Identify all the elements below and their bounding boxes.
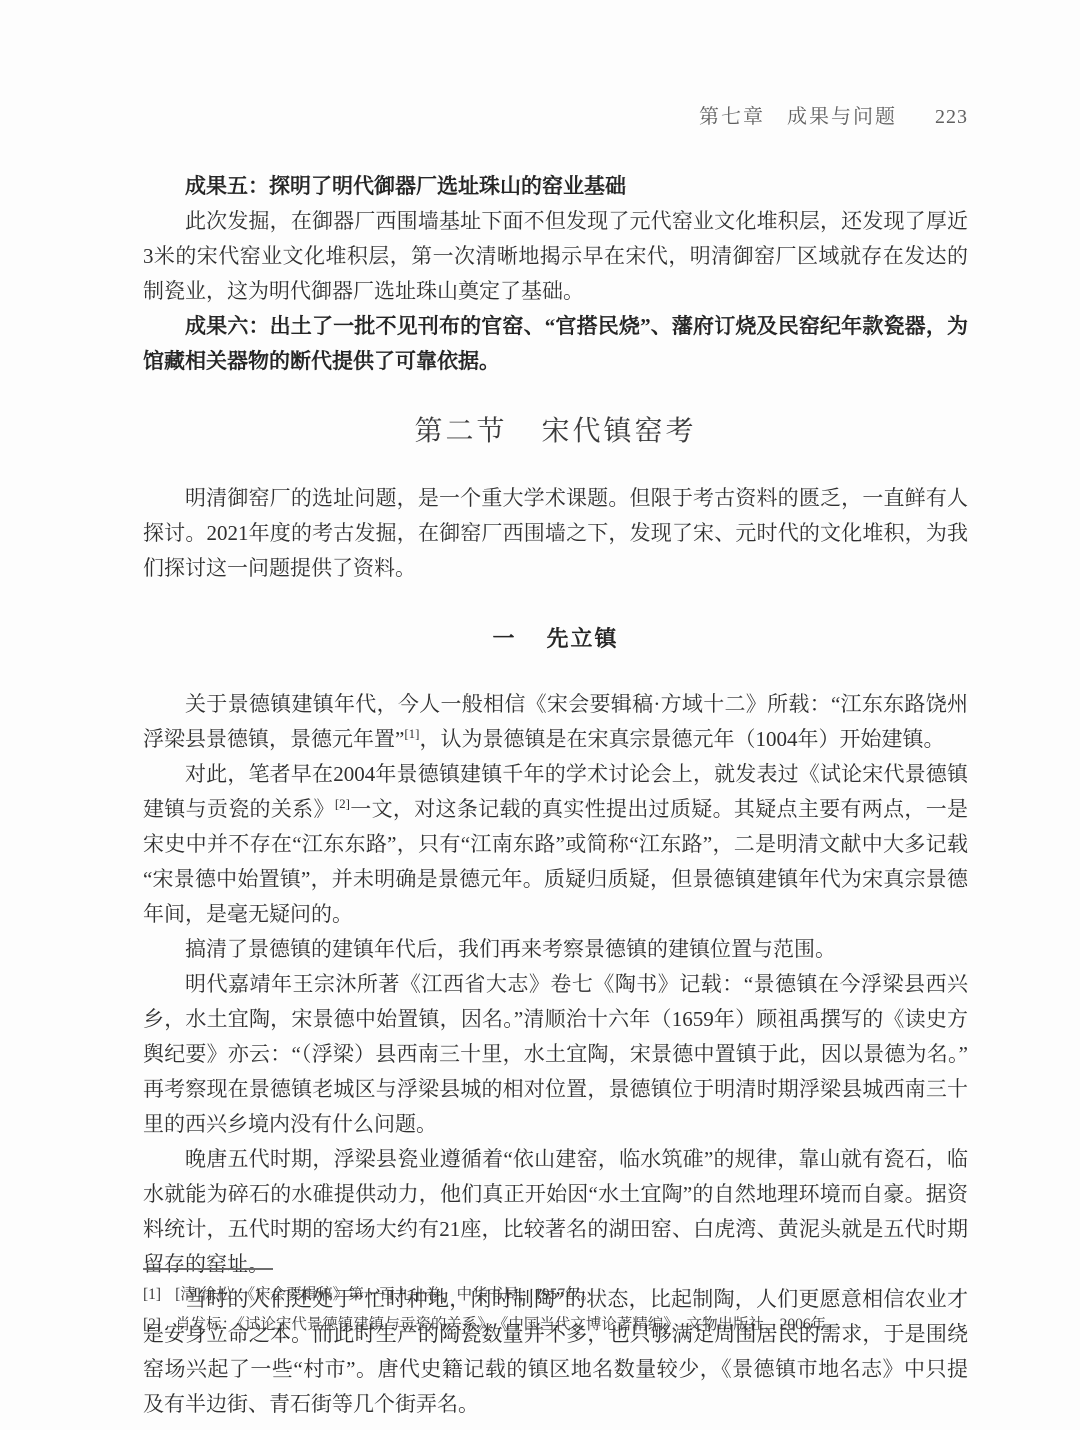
subsection-name: 先立镇 [547, 622, 619, 653]
section-number: 第二节 [414, 409, 507, 449]
footnote-2-text: 肖发标：《试论宋代景德镇建镇与贡瓷的关系》，《中国当代文博论著精编》，文物出版社… [175, 1310, 968, 1340]
footnote-ref-2: [2] [335, 796, 350, 811]
running-header: 第七章 成果与问题 223 [143, 100, 968, 129]
result5-paragraph: 此次发掘，在御器厂西围墙基址下面不但发现了元代窑业文化堆积层，还发现了厚近3米的… [143, 204, 968, 309]
footnote-1-marker: [1] [143, 1280, 161, 1310]
footnote-2: [2] 肖发标：《试论宋代景德镇建镇与贡瓷的关系》，《中国当代文博论著精编》，文… [143, 1310, 968, 1340]
footnote-2-marker: [2] [143, 1310, 161, 1340]
subsection-number: 一 [492, 622, 516, 653]
five-dynasties-paragraph: 晚唐五代时期，浮梁县瓷业遵循着“依山建窑，临水筑碓”的规律，靠山就有瓷石，临水就… [143, 1142, 968, 1282]
founding-paragraph: 关于景德镇建镇年代，今人一般相信《宋会要辑稿·方域十二》所载：“江东东路饶州浮梁… [143, 687, 968, 757]
result5-heading: 成果五：探明了明代御器厂选址珠山的窑业基础 [143, 169, 968, 204]
footnote-1-text: [清]徐松：《宋会要辑稿》第一百九十卷，中华书局，1957年。 [175, 1280, 968, 1310]
footnote-1: [1] [清]徐松：《宋会要辑稿》第一百九十卷，中华书局，1957年。 [143, 1280, 968, 1310]
footnote-block: [1] [清]徐松：《宋会要辑稿》第一百九十卷，中华书局，1957年。 [2] … [143, 1268, 968, 1340]
doubt-paragraph: 对此，笔者早在2004年景德镇建镇千年的学术讨论会上，就发表过《试论宋代景德镇建… [143, 757, 968, 932]
chapter-title: 第七章 成果与问题 [699, 100, 897, 129]
footnote-divider [143, 1268, 273, 1270]
page-number: 223 [935, 106, 968, 129]
subsection-title: 一 先立镇 [143, 622, 968, 653]
result6-heading: 成果六：出土了一批不见刊布的官窑、“官搭民烧”、藩府订烧及民窑纪年款瓷器，为馆藏… [143, 309, 968, 379]
footnote-ref-1: [1] [404, 726, 419, 741]
book-page: 第七章 成果与问题 223 成果五：探明了明代御器厂选址珠山的窑业基础 此次发掘… [0, 0, 1080, 1430]
section-intro-paragraph: 明清御窑厂的选址问题，是一个重大学术课题。但限于考古资料的匮乏，一直鲜有人探讨。… [143, 481, 968, 586]
position-intro-paragraph: 搞清了景德镇的建镇年代后，我们再来考察景德镇的建镇位置与范围。 [143, 932, 968, 967]
records-paragraph: 明代嘉靖年王宗沐所著《江西省大志》卷七《陶书》记载：“景德镇在今浮梁县西兴乡，水… [143, 967, 968, 1142]
section-name: 宋代镇窑考 [542, 409, 697, 449]
founding-text-after: ，认为景德镇是在宋真宗景德元年（1004年）开始建镇。 [420, 727, 945, 751]
section-title: 第二节 宋代镇窑考 [143, 409, 968, 449]
